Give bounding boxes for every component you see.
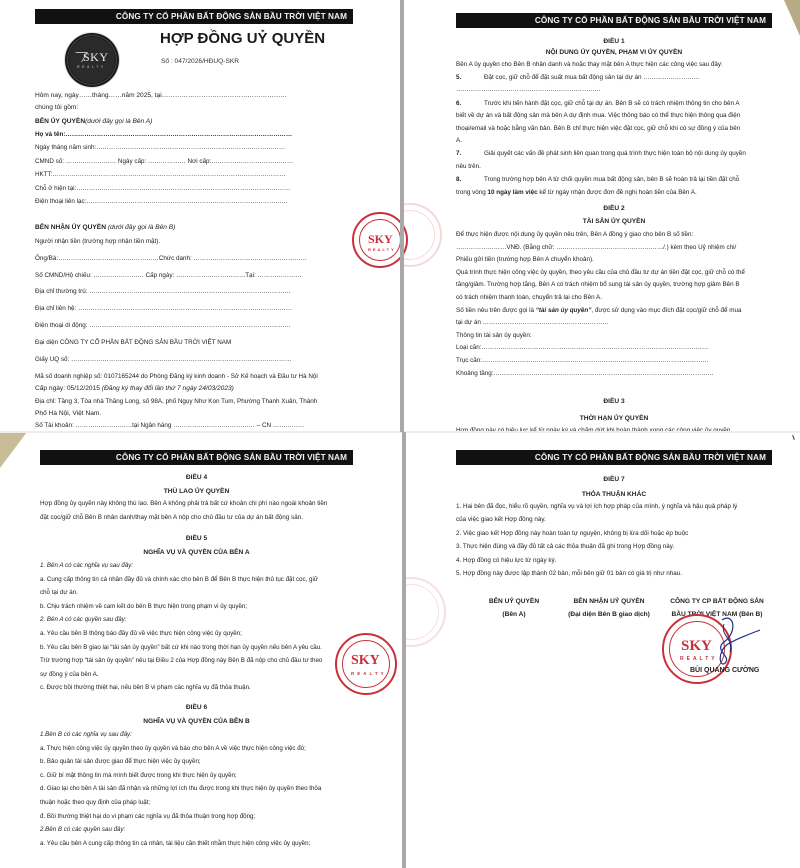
article-2-line: Số tiền nêu trên được gọi là “tài sản ủy… [456, 305, 742, 318]
article-4-title: THÙ LAO ỦY QUYỀN [40, 486, 353, 499]
article-2-line: Để thực hiện được nội dung ủy quyền nêu … [456, 229, 693, 242]
article-2-line: Phiếu gửi tiền (trường hợp Bên A chuyển … [456, 254, 594, 267]
article-5-line: Trừ trường hợp “tài sản ủy quyền” nêu tạ… [40, 655, 322, 668]
article-2-line: tại dự án …………………………………………………… [456, 317, 609, 330]
party-b-field: Người nhận tiền (trường hợp nhận tiền mặ… [35, 236, 160, 249]
company-stamp-icon: SKY REALTY [335, 633, 397, 695]
party-b-field: Địa chỉ liên hệ: ……………………………………………………………… [35, 303, 292, 316]
item-text: Trước khi tiến hành đặt cọc, giữ chỗ tại… [484, 98, 740, 111]
signature-subtitle: (Đại diện Bên B giao dịch) [544, 609, 674, 622]
article-7-line: của việc giao kết Hợp đồng này. [456, 514, 546, 527]
article-6-line: thuận hoặc theo quy định của pháp luật; [40, 797, 150, 810]
stamp-subtext: REALTY [368, 247, 396, 252]
article-6-number: ĐIỀU 6 [40, 702, 353, 715]
article-4-line: đặt cọc/giữ chỗ Bên B nhân danh/thay mặt… [40, 512, 303, 525]
article-6-line: 2.Bên B có các quyền sau đây: [40, 824, 125, 837]
contract-title: HỢP ĐỒNG UỶ QUYỀN [160, 30, 325, 47]
signature-icon [694, 612, 764, 672]
emphasis: “tài sản ủy quyền” [536, 307, 592, 314]
company-header-bar: CÔNG TY CỔ PHẦN BẤT ĐỘNG SẢN BẦU TRỜI VI… [456, 450, 772, 465]
contract-page-4: CÔNG TY CỔ PHẦN BẤT ĐỘNG SẢN BẦU TRỜI VI… [404, 432, 800, 868]
party-a-field: HKTT:……………………………………………………………………………………………… [35, 169, 285, 182]
party-a-field: Chỗ ở hiện tại:…………………………………………………………………… [35, 183, 290, 196]
issue-note: (Đăng ký thay đổi lần thứ 7 ngày 24/03/2… [102, 385, 234, 392]
stamp-subtext: REALTY [351, 671, 387, 676]
article-7-title: THỎA THUẬN KHÁC [456, 489, 772, 502]
party-b-field: Địa chỉ thường trú: ……………………………………………………… [35, 286, 291, 299]
article-6-line: c. Giữ bí mật thông tin mà mình biết đượ… [40, 770, 237, 783]
document-number: Số : 047/2026/HĐUQ-SKR [161, 58, 239, 65]
article-2-line: Trục căn:…………………………………………………………………………………… [456, 355, 709, 368]
article-6-line: d. Giao lại cho bên A tài sản đã nhận và… [40, 783, 321, 796]
article-5-line: 2. Bên A có các quyền sau đây: [40, 614, 127, 627]
article-6-line: 1.Bên B có các nghĩa vụ sau đây: [40, 729, 132, 742]
article-6-line: b. Bảo quản tài sản được giao để thực hi… [40, 756, 201, 769]
article-4-line: Hợp đồng ủy quyền này không thù lao. Bên… [40, 498, 327, 511]
article-5-line: chỗ tại dự án. [40, 587, 78, 600]
party-b-field: Điện thoại di động: ……………………………………………………… [35, 320, 291, 333]
stamp-ghost-icon [404, 203, 442, 267]
article-6-title: NGHĨA VỤ VÀ QUYỀN CỦA BÊN B [40, 716, 353, 729]
article-5-line: 1. Bên A có các nghĩa vụ sau đây: [40, 560, 133, 573]
article-2-line: có trách nhiệm thanh toán, chuyển trả lạ… [456, 292, 602, 305]
party-a-field: Điện thoại liên lạc:……………………………………………………… [35, 196, 288, 209]
article-7-number: ĐIỀU 7 [456, 474, 772, 487]
company-header-bar: CÔNG TY CỔ PHẦN BẤT ĐỘNG SẢN BẦU TRỜI VI… [35, 9, 353, 24]
article-2-line: Thông tin tài sản ủy quyền: [456, 330, 532, 343]
article-3-title: THỜI HẠN ỦY QUYỀN [456, 413, 772, 426]
article-6-line: đ. Bồi thường thiệt hại do vi phạm các n… [40, 811, 255, 824]
party-b-field: Giấy UQ số: …………………………………………………………………………… [35, 354, 291, 367]
party-a-field: Họ và tên:………………………………………………………………………………… [35, 129, 292, 142]
party-a-note: (dưới đây gọi là Bên A) [85, 118, 152, 125]
article-2-title: TÀI SẢN ỦY QUYỀN [456, 216, 772, 229]
item-text: Giải quyết các vấn đề phát sinh liên qua… [484, 148, 746, 161]
article-6-line: a. Thực hiện công việc ủy quyền theo ủy … [40, 743, 306, 756]
company-address-2: Phố Hà Nội, Việt Nam. [35, 408, 101, 421]
party-b-heading: BÊN NHẬN ỦY QUYỀN (dưới đây gọi là Bên B… [35, 222, 175, 235]
article-2-line: Loại căn:…………………………………………………………………………………… [456, 342, 708, 355]
party-a-field: Ngày tháng năm sinh:……………………………………………………… [35, 142, 285, 155]
article-2-line: tăng/giảm. Trường hợp tăng, Bên A có trá… [456, 279, 740, 292]
signer-name: BÙI QUANG CƯỜNG [690, 665, 759, 678]
intro-line-2: chúng tôi gồm: [35, 102, 78, 115]
item-text: Đặt cọc, giữ chỗ để đặt suất mua bất độn… [484, 72, 700, 85]
article-1-intro: Bên A ủy quyền cho Bên B nhân danh và ho… [456, 59, 723, 72]
stamp-text: SKY [368, 232, 393, 247]
article-3-number: ĐIỀU 3 [456, 396, 772, 409]
article-7-line: 5. Hợp đồng này được lập thành 02 bản, m… [456, 568, 682, 581]
party-a-label: BÊN ỦY QUYỀN [35, 118, 85, 125]
page-corner-fold [0, 432, 27, 468]
item-text: Trong trường hợp bên A từ chối quyền mua… [484, 174, 739, 187]
article-5-line: a. Cung cấp thông tin cá nhân đầy đủ và … [40, 574, 318, 587]
logo-text: SKY [83, 50, 109, 65]
scan-mark [792, 435, 795, 440]
article-7-line: 1. Hai bên đã đọc, hiểu rõ quyền, nghĩa … [456, 501, 737, 514]
item-number: 8. [456, 174, 461, 187]
article-6-line: a. Yêu cầu bên A cung cấp thông tin cá n… [40, 838, 310, 851]
item-text: biết về dự án và bất động sản mà bên A d… [456, 110, 740, 123]
party-b-field: Số CMND/Hộ chiếu: …………………… Cấp ngày: ………… [35, 270, 302, 283]
company-address: Địa chỉ: Tầng 3, Tòa nhà Thăng Long, số … [35, 396, 317, 409]
article-5-line: b. Chịu trách nhiệm về cam kết do bên B … [40, 601, 247, 614]
article-5-title: NGHĨA VỤ VÀ QUYỀN CỦA BÊN A [40, 547, 353, 560]
party-b-field: Đại diện CÔNG TY CỔ PHẦN BẤT ĐỘNG SẢN BẦ… [35, 337, 231, 350]
business-registration: Mã số doanh nghiệp số: 0107165244 do Phò… [35, 371, 355, 384]
article-2-line: Quá trình thực hiện công việc ủy quyền, … [456, 267, 745, 280]
item-text: A. [456, 135, 462, 148]
article-2-line: Khoảng tầng:…………………………………………………………………………… [456, 368, 714, 381]
item-text: thoại/email và hoặc bằng văn bản. Bên B … [456, 123, 740, 136]
article-2-line: ……………………VNĐ. (Bằng chữ: …………………………………………… [456, 242, 736, 255]
article-4-number: ĐIỀU 4 [40, 472, 353, 485]
item-text: trong vòng 10 ngày làm việc kể từ ngày n… [456, 187, 697, 200]
page-divider [400, 0, 404, 432]
party-a-heading: BÊN ỦY QUYỀN(dưới đây gọi là Bên A) [35, 116, 152, 129]
article-7-line: 3. Thực hiện đúng và đầy đủ tất cả các t… [456, 541, 674, 554]
item-number: 7. [456, 148, 461, 161]
article-5-number: ĐIỀU 5 [40, 533, 353, 546]
stamp-text: SKY [351, 653, 380, 669]
company-header-bar: CÔNG TY CỔ PHẦN BẤT ĐỘNG SẢN BẦU TRỜI VI… [40, 450, 353, 465]
party-b-field: Ông/Bà:…………………………………………Chức danh: ………………… [35, 253, 307, 266]
page-corner-fold [784, 0, 800, 36]
stamp-ghost-icon [404, 577, 446, 647]
bold-phrase: 10 ngày làm việc [488, 189, 538, 196]
company-header-bar: CÔNG TY CỔ PHẦN BẤT ĐỘNG SẢN BẦU TRỜI VI… [456, 13, 772, 28]
article-5-line: a. Yêu cầu bên B thông báo đầy đủ về việ… [40, 628, 242, 641]
contract-page-2: CÔNG TY CỔ PHẦN BẤT ĐỘNG SẢN BẦU TRỜI VI… [404, 0, 800, 432]
logo-subtext: REALTY [77, 65, 106, 69]
article-7-line: 2. Việc giao kết Hợp đồng này hoàn toàn … [456, 528, 688, 541]
party-b-note: (dưới đây gọi là Bên B) [108, 224, 176, 231]
item-text: …………………………………………………………… [456, 84, 601, 97]
party-b-label: BÊN NHẬN ỦY QUYỀN [35, 224, 106, 231]
page-divider [402, 432, 406, 868]
article-1-title: NỘI DUNG ỦY QUYỀN, PHẠM VI ỦY QUYỀN [456, 47, 772, 60]
item-number: 6. [456, 98, 461, 111]
article-7-line: 4. Hợp đồng có hiệu lực từ ngày ký. [456, 555, 556, 568]
article-2-number: ĐIỀU 2 [456, 203, 772, 216]
signature-title: BÊN NHẬN UỶ QUYỀN [544, 596, 674, 609]
issue-date-text: Cấp ngày: 05/12/2015 [35, 385, 100, 392]
contract-page-1: CÔNG TY CỔ PHẦN BẤT ĐỘNG SẢN BẦU TRỜI VI… [0, 0, 400, 432]
signature-subtitle: (Bên A) [474, 609, 554, 622]
signature-title: CÔNG TY CP BẤT ĐỘNG SẢN [662, 596, 772, 609]
issue-date: Cấp ngày: 05/12/2015 (Đăng ký thay đổi l… [35, 383, 234, 396]
signature-title: BÊN UỶ QUYỀN [474, 596, 554, 609]
item-number: 5. [456, 72, 461, 85]
article-5-line: sự đồng ý của bên A. [40, 669, 99, 682]
article-5-line: c. Được bồi thường thiệt hại, nếu bên B … [40, 682, 251, 695]
intro-line: Hôm nay, ngày……tháng……năm 2025, tại……………… [35, 90, 353, 103]
sky-realty-logo-icon: SKY REALTY [65, 33, 119, 87]
item-text: nêu trên. [456, 161, 481, 174]
party-a-field: CMND số: …………………… Ngày cấp: ……………… Nơi c… [35, 156, 293, 169]
article-5-line: b. Yêu cầu bên B giao lại “tài sản ủy qu… [40, 642, 322, 655]
